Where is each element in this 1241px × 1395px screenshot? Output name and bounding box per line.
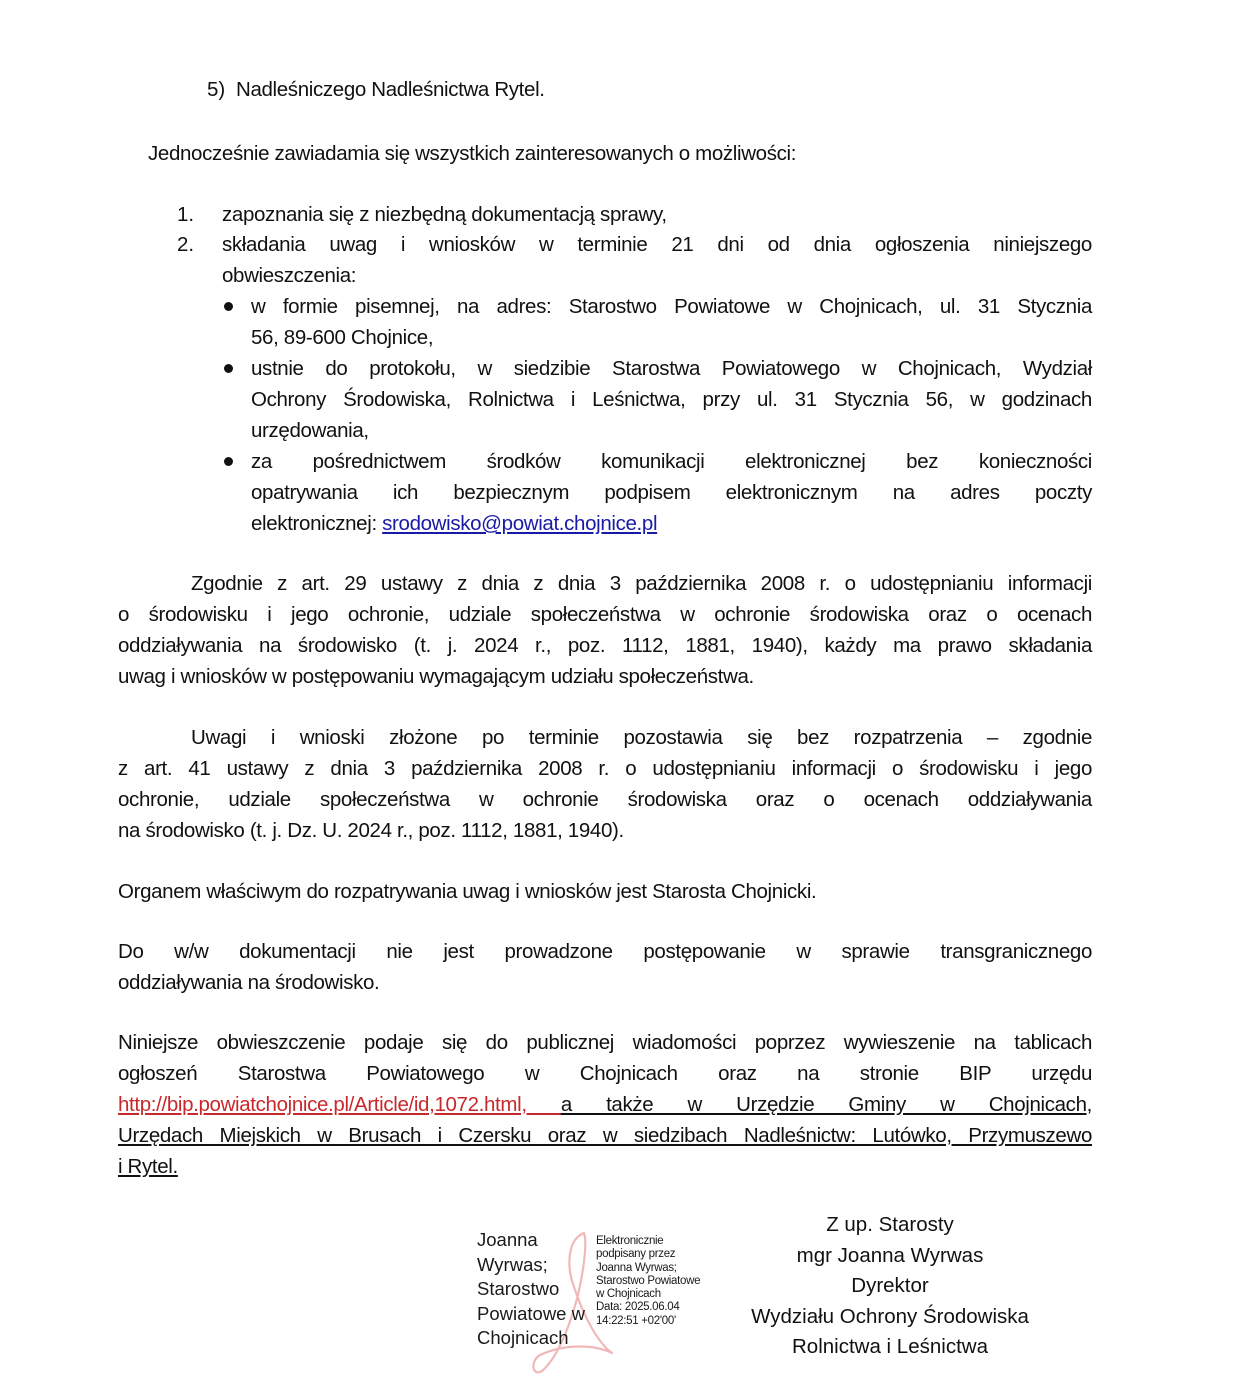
bullet-icon — [224, 302, 233, 311]
text-line: podpisany przez — [596, 1248, 700, 1261]
intro-text: Jednocześnie zawiadamia się wszystkich z… — [148, 138, 796, 169]
paragraph-public-line4: Urzędach Miejskich w Brusach i Czersku o… — [118, 1120, 1092, 1151]
signature-details: Elektronicznie podpisany przez Joanna Wy… — [596, 1235, 700, 1328]
bullet-item-text: elektronicznej: srodowisko@powiat.chojni… — [251, 508, 657, 539]
text-fragment: a także w Urzędzie Gminy w Chojnicach, — [561, 1093, 1092, 1116]
paragraph-art29: Zgodnie z art. 29 ustawy z dnia z dnia 3… — [118, 568, 1092, 661]
text-line: Ochrony Środowiska, Rolnictwa i Leśnictw… — [251, 384, 1092, 415]
text-line: Starostwo Powiatowe — [596, 1275, 700, 1288]
text-line: Joanna — [477, 1228, 585, 1253]
list-item-text: zapoznania się z niezbędną dokumentacją … — [222, 199, 667, 230]
text-line: mgr Joanna Wyrwas — [730, 1241, 1050, 1272]
text-line: za pośrednictwem środków komunikacji ele… — [251, 446, 1092, 477]
text-line: w formie pisemnej, na adres: Starostwo P… — [251, 291, 1092, 322]
text-line: 14:22:51 +02'00' — [596, 1315, 700, 1328]
text-fragment: elektronicznej: — [251, 512, 382, 535]
text-line: ustnie do protokołu, w siedzibie Starost… — [251, 353, 1092, 384]
text-line: Powiatowe w — [477, 1302, 585, 1327]
bullet-item-text: ustnie do protokołu, w siedzibie Starost… — [251, 353, 1092, 415]
list-number: 5) — [207, 74, 225, 105]
text-line: w Chojnicach — [596, 1288, 700, 1301]
paragraph-public-last: i Rytel. — [118, 1151, 178, 1182]
text-line: Joanna Wyrwas; — [596, 1262, 700, 1275]
text-line: Do w/w dokumentacji nie jest prowadzone … — [118, 936, 1092, 967]
email-link[interactable]: srodowisko@powiat.chojnice.pl — [382, 512, 657, 535]
text-line: Rolnictwa i Leśnictwa — [730, 1332, 1050, 1363]
text-line: Wyrwas; — [477, 1253, 585, 1278]
bullet-item-text: w formie pisemnej, na adres: Starostwo P… — [251, 291, 1092, 322]
paragraph-art41: Uwagi i wnioski złożone po terminie pozo… — [118, 722, 1092, 815]
paragraph-organ: Organem właściwym do rozpatrywania uwag … — [118, 876, 816, 907]
text-line: ogłoszeń Starostwa Powiatowego w Chojnic… — [118, 1058, 1092, 1089]
signer-title-block: Z up. Starosty mgr Joanna Wyrwas Dyrekto… — [730, 1210, 1050, 1363]
text-line: Niniejsze obwieszczenie podaje się do pu… — [118, 1027, 1092, 1058]
text-line: Chojnicach — [477, 1326, 585, 1351]
signer-name-block: Joanna Wyrwas; Starostwo Powiatowe w Cho… — [477, 1228, 585, 1351]
text-line: Data: 2025.06.04 — [596, 1301, 700, 1314]
text-line: Uwagi i wnioski złożone po terminie pozo… — [118, 722, 1092, 753]
text-line: Starostwo — [477, 1277, 585, 1302]
list-number: 1. — [177, 199, 194, 230]
bullet-icon — [224, 364, 233, 373]
text-line: składania uwag i wniosków w terminie 21 … — [222, 229, 1092, 260]
paragraph-art41-last: na środowisko (t. j. Dz. U. 2024 r., poz… — [118, 815, 624, 846]
text-line: Dyrektor — [730, 1271, 1050, 1302]
text-line: Wydziału Ochrony Środowiska — [730, 1302, 1050, 1333]
paragraph-art29-last: uwag i wniosków w postępowaniu wymagając… — [118, 661, 754, 692]
bip-url-link[interactable]: http://bip.powiatchojnice.pl/Article/id,… — [118, 1093, 561, 1116]
paragraph-public: Niniejsze obwieszczenie podaje się do pu… — [118, 1027, 1092, 1089]
paragraph-transgr: Do w/w dokumentacji nie jest prowadzone … — [118, 936, 1092, 967]
paragraph-transgr-last: oddziaływania na środowisko. — [118, 967, 379, 998]
text-line: o środowisku i jego ochronie, udziale sp… — [118, 599, 1092, 630]
list-item-text: składania uwag i wniosków w terminie 21 … — [222, 229, 1092, 260]
text-line: Elektronicznie — [596, 1235, 700, 1248]
bullet-item-text: za pośrednictwem środków komunikacji ele… — [251, 446, 1092, 508]
list-number: 2. — [177, 229, 194, 260]
list-item-text: Nadleśniczego Nadleśnictwa Rytel. — [236, 74, 545, 105]
text-line: opatrywania ich bezpiecznym podpisem ele… — [251, 477, 1092, 508]
text-line: oddziaływania na środowisko (t. j. 2024 … — [118, 630, 1092, 661]
document-page: 5) Nadleśniczego Nadleśnictwa Rytel. Jed… — [0, 0, 1241, 1395]
paragraph-public-line3: http://bip.powiatchojnice.pl/Article/id,… — [118, 1089, 1092, 1120]
bullet-item-text: 56, 89-600 Chojnice, — [251, 322, 433, 353]
text-line: z art. 41 ustawy z dnia 3 października 2… — [118, 753, 1092, 784]
text-line: Urzędach Miejskich w Brusach i Czersku o… — [118, 1120, 1092, 1151]
text-line: Zgodnie z art. 29 ustawy z dnia z dnia 3… — [118, 568, 1092, 599]
list-item-text: obwieszczenia: — [222, 260, 356, 291]
text-line: Z up. Starosty — [730, 1210, 1050, 1241]
bullet-icon — [224, 457, 233, 466]
text-line: ochronie, udziale społeczeństwa w ochron… — [118, 784, 1092, 815]
bullet-item-text: urzędowania, — [251, 415, 369, 446]
